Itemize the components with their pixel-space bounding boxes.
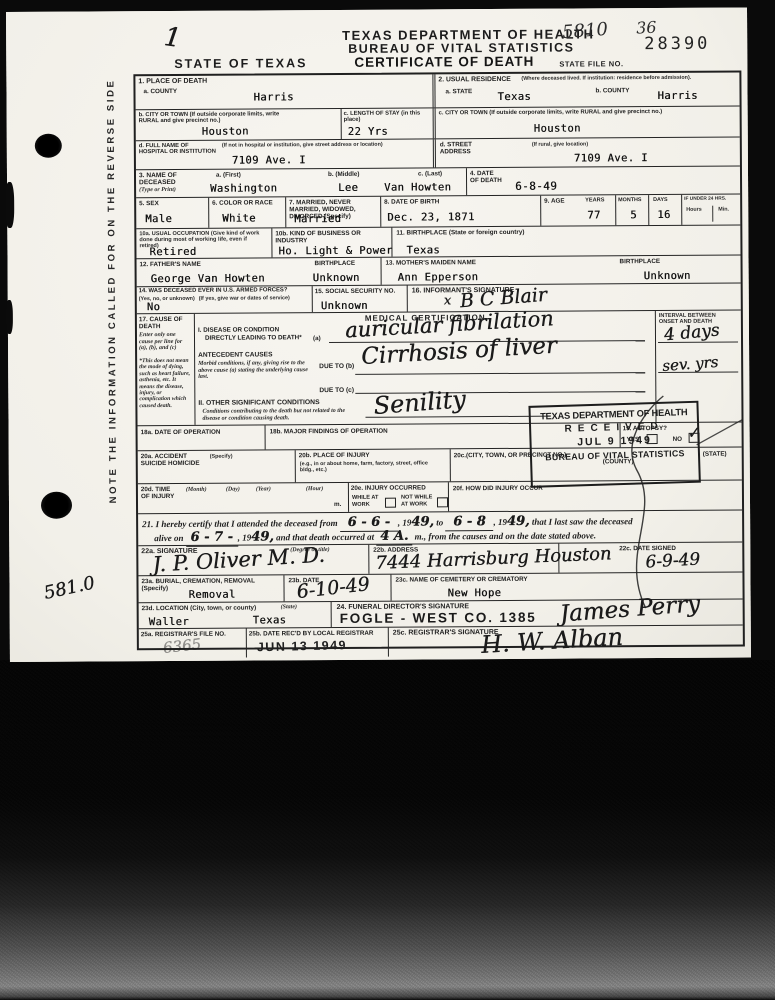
burial-state-note: (State) (281, 604, 297, 611)
other-conditions-label: II. OTHER SIGNIFICANT CONDITIONS (198, 399, 319, 407)
field-fathers-name: 12. FATHER'S NAME George Van Howten BIRT… (137, 258, 381, 286)
fathers-name-value: George Van Howten (151, 272, 265, 285)
cert-c3: , 19 (238, 533, 252, 543)
injury-day-label: (Day) (226, 487, 240, 494)
row-hospital-street: d. FULL NAME OF HOSPITAL OR INSTITUTION … (136, 137, 740, 170)
field-length-of-stay: c. LENGTH OF STAY (in this place) 22 Yrs (341, 108, 433, 139)
field-armed-forces: 14. WAS DECEASED EVER IN U.S. ARMED FORC… (137, 286, 312, 313)
last-name-value: Van Howten (384, 181, 451, 193)
industry-label: 10b. KIND OF BUSINESS OR INDUSTRY (275, 230, 387, 245)
scan-noise-texture (0, 660, 775, 1000)
middle-name-label: b. (Middle) (328, 171, 360, 178)
field-registrar-signature: 25c. REGISTRAR'S SIGNATURE H. W. Alban (388, 626, 743, 657)
major-findings-label: 18b. MAJOR FINDINGS OF OPERATION (270, 428, 388, 436)
color-race-label: 6. COLOR OR RACE (212, 199, 273, 206)
field-accident-suicide: 20a. ACCIDENT SUICIDE HOMICIDE (Specify) (138, 450, 295, 483)
residence-county-value: Harris (657, 90, 697, 102)
injury-occurred-label: 20e. INJURY OCCURRED (351, 484, 426, 491)
received-stamp: TEXAS DEPARTMENT OF HEALTH RECEIVED JUL … (528, 401, 700, 488)
scan-smudge (6, 300, 13, 334)
cert-p6: m., from the causes and on the date stat… (415, 530, 597, 541)
other-conditions-note: Conditions contributing to the death but… (202, 408, 357, 422)
length-of-stay-label: c. LENGTH OF STAY (in this place) (344, 110, 428, 123)
age-months-label: MONTHS (618, 197, 641, 204)
residence-state-label: a. STATE (445, 88, 472, 95)
cause-a-tag: (a) (313, 335, 321, 342)
cert-hw-alive: 6 - 7 - (190, 530, 233, 545)
certificate-title: CERTIFICATE OF DEATH (354, 54, 534, 70)
age-years-label: YEARS (585, 197, 604, 204)
place-of-injury-note: (e.g., in or about home, farm, factory, … (300, 460, 440, 473)
row-city-stay: b. CITY OR TOWN (If outside corporate li… (136, 106, 740, 141)
mothers-name-label: 13. MOTHER'S MAIDEN NAME (386, 259, 476, 267)
residence-county-label: b. COUNTY (595, 87, 629, 94)
under-24-label: IF UNDER 24 HRS. (684, 197, 738, 203)
color-race-value: White (222, 212, 256, 224)
certificate-page: 1 TEXAS DEPARTMENT OF HEALTH BUREAU OF V… (6, 7, 751, 662)
field-place-of-injury: 20b. PLACE OF INJURY (e.g., in or about … (295, 449, 450, 482)
name-note: (Type or Print) (139, 187, 176, 194)
how-injury-label: 20f. HOW DID INJURY OCCUR (453, 485, 543, 493)
row-registrar: 25a. REGISTRAR'S FILE NO. 6365 25b. DATE… (139, 625, 743, 659)
field-sex: 5. SEX Male (136, 198, 208, 228)
field-color-race: 6. COLOR OR RACE White (208, 197, 285, 227)
injury-year-label: (Year) (256, 486, 271, 493)
field-burial-date: 23b. DATE 6-10-49 (283, 575, 390, 602)
date-of-death-label: 4. DATE OF DEATH (470, 170, 504, 184)
cert-p5: and that death occurred at (276, 532, 374, 543)
hospital-label: d. FULL NAME OF HOSPITAL OR INSTITUTION (139, 143, 219, 156)
field-city-of-death: b. CITY OR TOWN (If outside corporate li… (136, 109, 341, 140)
street-address-label: d. STREET ADDRESS (440, 141, 500, 155)
field-marital-status: 7. MARRIED, NEVER MARRIED, WIDOWED, DIVO… (285, 197, 380, 228)
usual-residence-note: (Where deceased lived. If institution: r… (521, 75, 736, 82)
street-address-note: (If rural, give location) (532, 141, 588, 147)
field-burial-location: 23d. LOCATION (City, town, or county) (S… (139, 602, 331, 628)
last-name-label: c. (Last) (418, 170, 442, 177)
mothers-name-value: Ann Epperson (398, 271, 479, 283)
scanned-death-certificate: 1 TEXAS DEPARTMENT OF HEALTH BUREAU OF V… (0, 0, 775, 1000)
field-street-address: d. STREET ADDRESS (If rural, give locati… (433, 138, 740, 168)
cert-hw-to: 6 - 8 (453, 514, 486, 529)
field-place-of-death: 1. PLACE OF DEATH a. COUNTY Harris (135, 74, 432, 109)
injury-month-label: (Month) (186, 487, 207, 494)
birthplace-label: 11. BIRTHPLACE (State or foreign country… (396, 229, 524, 237)
pencil-number-2: 36 (636, 18, 657, 38)
cause-footnote: *This does not mean the mode of dying, s… (139, 358, 191, 410)
cemetery-value: New Hope (448, 587, 502, 599)
residence-city-label: c. CITY OR TOWN (If outside corporate li… (439, 109, 729, 117)
stamp-line-4: BUREAU OF VITAL STATISTICS (532, 448, 698, 463)
field-ssn: 15. SOCIAL SECURITY NO. Unknown (312, 286, 407, 313)
field-usual-residence: 2. USUAL RESIDENCE (Where deceased lived… (432, 73, 739, 108)
row-name-date: 3. NAME OF DECEASED (Type or Print) a. (… (136, 166, 740, 198)
industry-value: Ho. Light & Power (278, 245, 392, 258)
accident-label: 20a. ACCIDENT SUICIDE HOMICIDE (141, 453, 201, 467)
hospital-note: (If not in hospital or institution, give… (222, 141, 422, 148)
street-address-value: 7109 Ave. I (574, 152, 648, 164)
name-label: 3. NAME OF DECEASED (139, 172, 197, 186)
field-age-days: DAYS 16 (648, 195, 681, 225)
cert-c2: , 19 (493, 517, 507, 527)
state-file-number: 28390 (644, 34, 710, 54)
disease-label-2: DIRECTLY LEADING TO DEATH* (205, 334, 302, 342)
hours-min-divider (712, 206, 713, 222)
date-of-operation-label: 18a. DATE OF OPERATION (141, 429, 221, 436)
funeral-home-stamp: FOGLE - WEST CO. 1385 (340, 610, 537, 626)
cert-p3: that I last saw the deceased (532, 516, 633, 527)
row-sex-race-age: 5. SEX Male 6. COLOR OR RACE White 7. MA… (136, 194, 740, 229)
date-received-stamp: JUN 13 1949 (257, 638, 347, 654)
not-while-at-work-checkbox (437, 497, 448, 507)
residence-city-value: Houston (534, 122, 581, 134)
date-received-label: 25b. DATE REC'D BY LOCAL REGISTRAR (249, 630, 385, 638)
stamp-line-3: JUL 9 1949 (531, 433, 697, 450)
cause-of-death-margin: 17. CAUSE OF DEATH Enter only one cause … (137, 314, 195, 425)
field-informant-signature: 16. INFORMANT'S SIGNATURE x B C Blair (407, 284, 741, 312)
min-label: Min. (718, 207, 729, 213)
registrar-signature: H. W. Alban (480, 623, 623, 659)
marital-value: Married (294, 213, 341, 225)
row-occupation: 10a. USUAL OCCUPATION (Give kind of work… (136, 225, 740, 259)
field-injury-occurred: 20e. INJURY OCCURRED WHILE AT WORK NOT W… (348, 482, 448, 512)
field-name-of-deceased: 3. NAME OF DECEASED (Type or Print) a. (… (136, 168, 466, 197)
place-of-injury-label: 20b. PLACE OF INJURY (299, 452, 370, 459)
field-business-industry: 10b. KIND OF BUSINESS OR INDUSTRY Ho. Li… (271, 228, 391, 258)
field-registrar-file-no: 25a. REGISTRAR'S FILE NO. 6365 (139, 629, 246, 659)
field-residence-city: c. CITY OR TOWN (If outside corporate li… (433, 107, 740, 139)
registrar-file-value: 6365 (162, 635, 202, 657)
cause-section-label: 17. CAUSE OF DEATH (139, 316, 191, 330)
cert-hw-year1: 49, (411, 514, 434, 529)
mother-birthplace-value: Unknown (644, 270, 691, 282)
first-name-label: a. (First) (216, 172, 241, 179)
birthplace-value: Texas (406, 244, 440, 256)
cause-b-tag: DUE TO (b) (319, 363, 354, 370)
age-days-value: 16 (657, 209, 671, 221)
mother-birthplace-label: BIRTHPLACE (620, 258, 661, 265)
field-mothers-name: 13. MOTHER'S MAIDEN NAME Ann Epperson BI… (381, 256, 741, 285)
first-name-value: Washington (210, 182, 277, 194)
hours-label: Hours (686, 207, 702, 213)
city-of-death-label: b. CITY OR TOWN (If outside corporate li… (139, 111, 299, 125)
disease-label-1: I. DISEASE OR CONDITION (198, 326, 279, 333)
field-usual-occupation: 10a. USUAL OCCUPATION (Give kind of work… (136, 228, 271, 258)
reverse-side-note: NOTE THE INFORMATION CALLED FOR ON THE R… (106, 151, 119, 503)
age-months-value: 5 (630, 209, 637, 221)
cert-hw-hour: 4 A. (380, 529, 408, 544)
cert-hw-year2: 49, (507, 514, 530, 529)
field-date-of-death: 4. DATE OF DEATH 6-8-49 (466, 167, 740, 196)
field-age-under-24: IF UNDER 24 HRS. Hours Min. (681, 195, 740, 225)
row-place-residence: 1. PLACE OF DEATH a. COUNTY Harris 2. US… (135, 73, 739, 110)
cert-p2: to (436, 517, 443, 527)
cert-p1: 21. I hereby certify that I attended the… (142, 518, 338, 529)
field-birthplace: 11. BIRTHPLACE (State or foreign country… (391, 226, 740, 257)
corner-pencil-number: 581.0 (42, 572, 97, 604)
sex-label: 5. SEX (139, 200, 159, 207)
row-time-of-injury: 20d. TIME OF INJURY (Month) (Day) (Year)… (138, 480, 742, 514)
field-time-of-injury: 20d. TIME OF INJURY (Month) (Day) (Year)… (138, 483, 348, 513)
cert-hw-year3: 49, (251, 529, 274, 544)
armed-forces-note2: (If yes, give war or dates of service) (199, 295, 309, 302)
field-age-months: MONTHS 5 (615, 195, 648, 225)
armed-forces-value: No (147, 301, 161, 313)
place-of-death-label: 1. PLACE OF DEATH (138, 78, 207, 85)
field-funeral-director: 24. FUNERAL DIRECTOR'S SIGNATURE FOGLE -… (331, 600, 743, 628)
cert-c1: , 19 (398, 518, 412, 528)
date-of-death-value: 6-8-49 (515, 180, 557, 193)
city-of-death-value: Houston (202, 126, 249, 138)
burial-value: Removal (189, 589, 236, 601)
while-at-work-label: WHILE AT WORK (352, 495, 386, 509)
row-parents: 12. FATHER'S NAME George Van Howten BIRT… (137, 255, 741, 287)
age-years-value: 77 (587, 209, 601, 221)
cause-enter-note: Enter only one cause per line for (a), (… (139, 332, 191, 352)
header-state-of-texas: STATE OF TEXAS (174, 56, 307, 71)
date-signed-value: 6-9-49 (645, 549, 701, 572)
injury-m-label: m. (334, 501, 341, 508)
father-birthplace-value: Unknown (313, 272, 360, 284)
father-birthplace-label: BIRTHPLACE (315, 260, 356, 267)
hospital-value: 7109 Ave. I (232, 154, 306, 166)
field-physician-address: 22b. ADDRESS 7444 Harrisburg Houston (368, 544, 558, 574)
field-date-of-birth: 8. DATE OF BIRTH Dec. 23, 1871 (380, 196, 540, 227)
fathers-name-label: 12. FATHER'S NAME (140, 261, 201, 268)
residence-state-value: Texas (497, 91, 531, 103)
row-certification: 21. I hereby certify that I attended the… (138, 510, 742, 546)
ssn-value: Unknown (321, 300, 368, 312)
row-armed-forces-ssn: 14. WAS DECEASED EVER IN U.S. ARMED FORC… (137, 283, 741, 314)
row-physician: 22a. SIGNATURE (Degree or title) J. P. O… (138, 542, 742, 576)
field-physician-signature: 22a. SIGNATURE (Degree or title) J. P. O… (138, 545, 368, 575)
date-of-birth-value: Dec. 23, 1871 (387, 211, 474, 224)
burial-location-value: Waller (149, 616, 189, 628)
certificate-form: 1. PLACE OF DEATH a. COUNTY Harris 2. US… (133, 71, 745, 651)
field-age-years: 9. AGE YEARS 77 (540, 195, 615, 225)
injury-state-label: (STATE) (703, 451, 727, 458)
middle-name-value: Lee (338, 182, 358, 194)
date-of-birth-label: 8. DATE OF BIRTH (384, 198, 439, 205)
county-value: Harris (253, 91, 293, 103)
punch-hole-top (35, 134, 62, 158)
state-file-no-label: STATE FILE NO. (559, 59, 623, 68)
burial-location-label: 23d. LOCATION (City, town, or county) (142, 604, 257, 612)
occupation-value: Retired (149, 246, 196, 258)
cause-c-tag: DUE TO (c) (319, 387, 354, 394)
scanner-background (0, 660, 775, 1000)
punch-hole-bottom (41, 492, 72, 519)
county-label: a. COUNTY (143, 88, 177, 95)
burial-state-value: Texas (253, 614, 287, 626)
interval-b-rule (658, 355, 738, 373)
not-while-at-work-label: NOT WHILE AT WORK (401, 494, 439, 508)
cemetery-label: 23c. NAME OF CEMETERY OR CREMATORY (395, 576, 527, 584)
ssn-label: 15. SOCIAL SECURITY NO. (315, 288, 403, 296)
cert-hw-from: 6 - 6 - (348, 515, 391, 530)
scan-smudge (5, 182, 14, 228)
age-days-label: DAYS (653, 197, 668, 204)
handwritten-page-number: 1 (162, 22, 182, 54)
armed-forces-label: 14. WAS DECEASED EVER IN U.S. ARMED FORC… (139, 287, 307, 295)
row-location-funeral: 23d. LOCATION (City, town, or county) (S… (139, 599, 743, 629)
usual-residence-label: 2. USUAL RESIDENCE (438, 76, 510, 83)
field-hospital-name: d. FULL NAME OF HOSPITAL OR INSTITUTION … (136, 139, 433, 169)
while-at-work-checkbox (385, 498, 396, 508)
cert-p4: alive on (154, 533, 183, 543)
antecedent-note: Morbid conditions, if any, giving rise t… (198, 360, 316, 381)
length-of-stay-value: 22 Yrs (348, 126, 388, 138)
field-date-of-operation: 18a. DATE OF OPERATION (138, 425, 265, 450)
field-certification-statement: 21. I hereby certify that I attended the… (138, 511, 742, 546)
sex-value: Male (145, 213, 172, 225)
interval-a-rule (658, 325, 738, 343)
informant-x-mark: x (444, 293, 451, 308)
pencil-number-1: 5810 (561, 19, 608, 43)
accident-specify-note: (Specify) (210, 454, 233, 460)
age-label: 9. AGE (544, 198, 564, 205)
field-date-received: 25b. DATE REC'D BY LOCAL REGISTRAR JUN 1… (246, 628, 388, 658)
antecedent-label: ANTECEDENT CAUSES (198, 351, 272, 358)
time-of-injury-label: 20d. TIME OF INJURY (141, 486, 175, 500)
field-burial-removal: 23a. BURIAL, CREMATION, REMOVAL (Specify… (138, 575, 283, 602)
injury-hour-label: (Hour) (306, 486, 323, 493)
